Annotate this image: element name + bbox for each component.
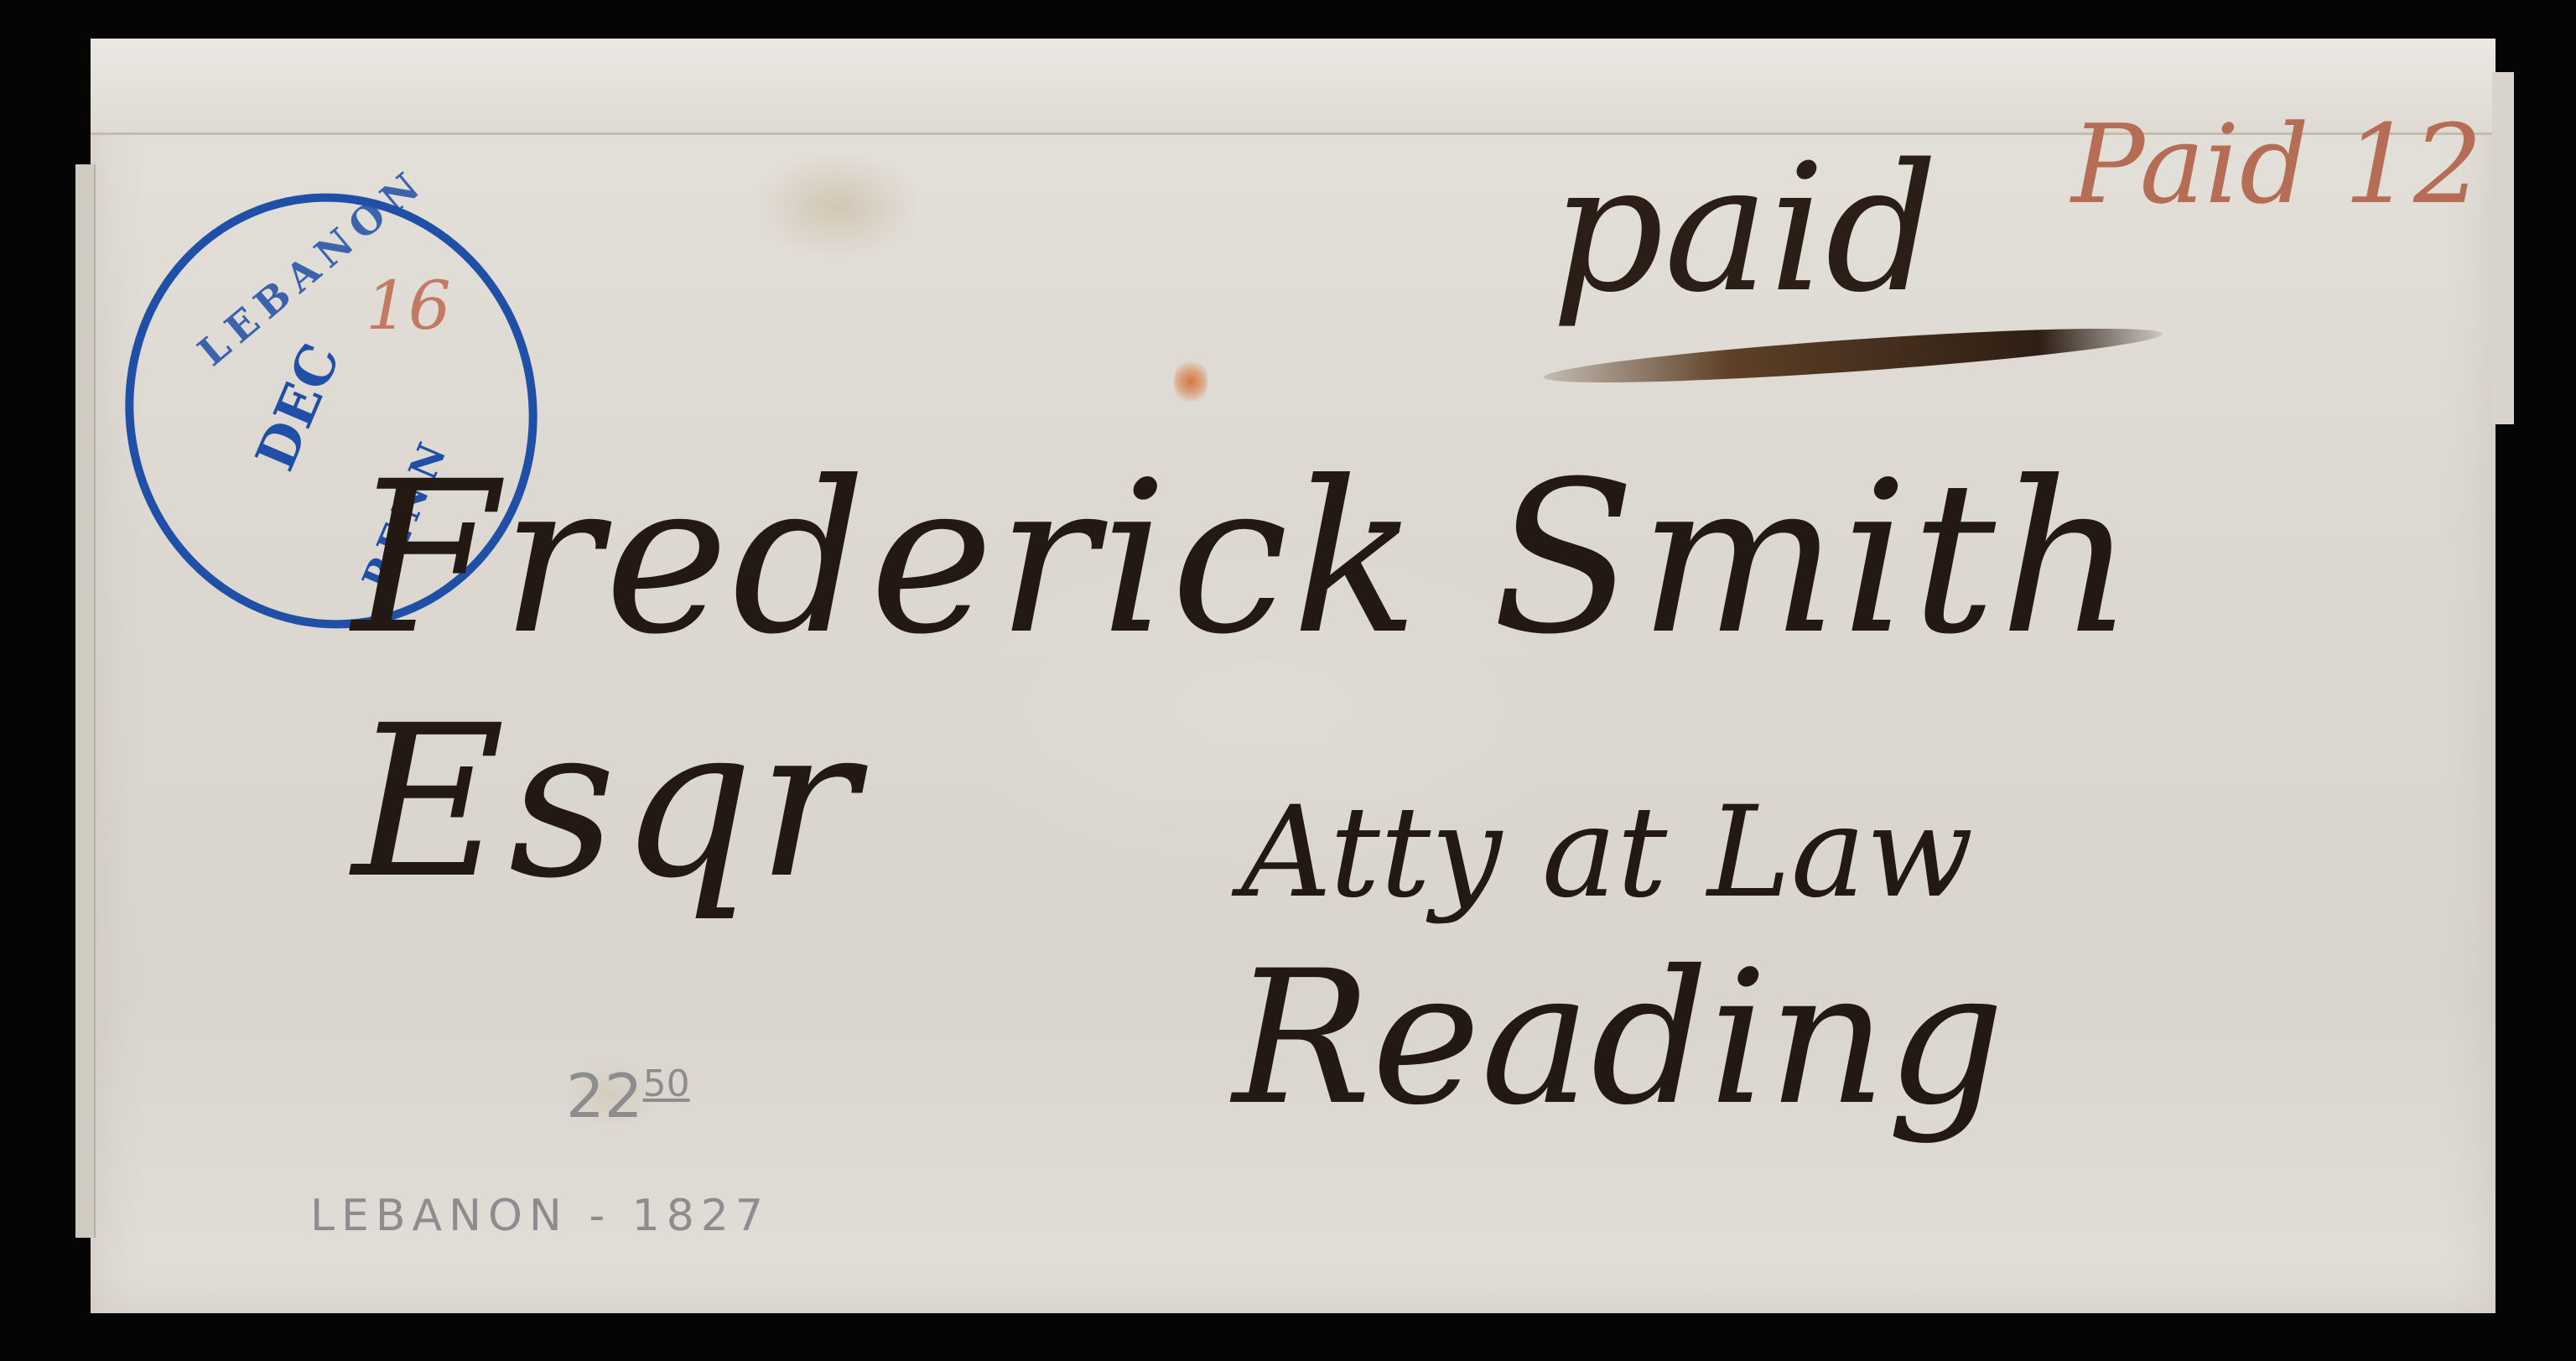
pencil-price: 2250 — [566, 1061, 690, 1131]
orange-ink-spot — [1174, 356, 1207, 407]
postmark-day: 16 — [366, 267, 451, 345]
right-fold-edge — [2492, 72, 2514, 424]
left-fold-edge — [75, 164, 96, 1238]
addressee-city: Reading — [1233, 931, 2005, 1145]
pencil-price-main: 22 — [566, 1061, 643, 1131]
pencil-price-cents: 50 — [643, 1062, 690, 1105]
postmark-month: DEC — [244, 335, 353, 479]
pencil-origin-note: LEBANON - 1827 — [310, 1191, 770, 1241]
addressee-title: Atty at Law — [1241, 780, 1974, 926]
paid-marking: paid — [1551, 126, 1938, 331]
rate-marking: Paid 12 — [2071, 101, 2483, 228]
